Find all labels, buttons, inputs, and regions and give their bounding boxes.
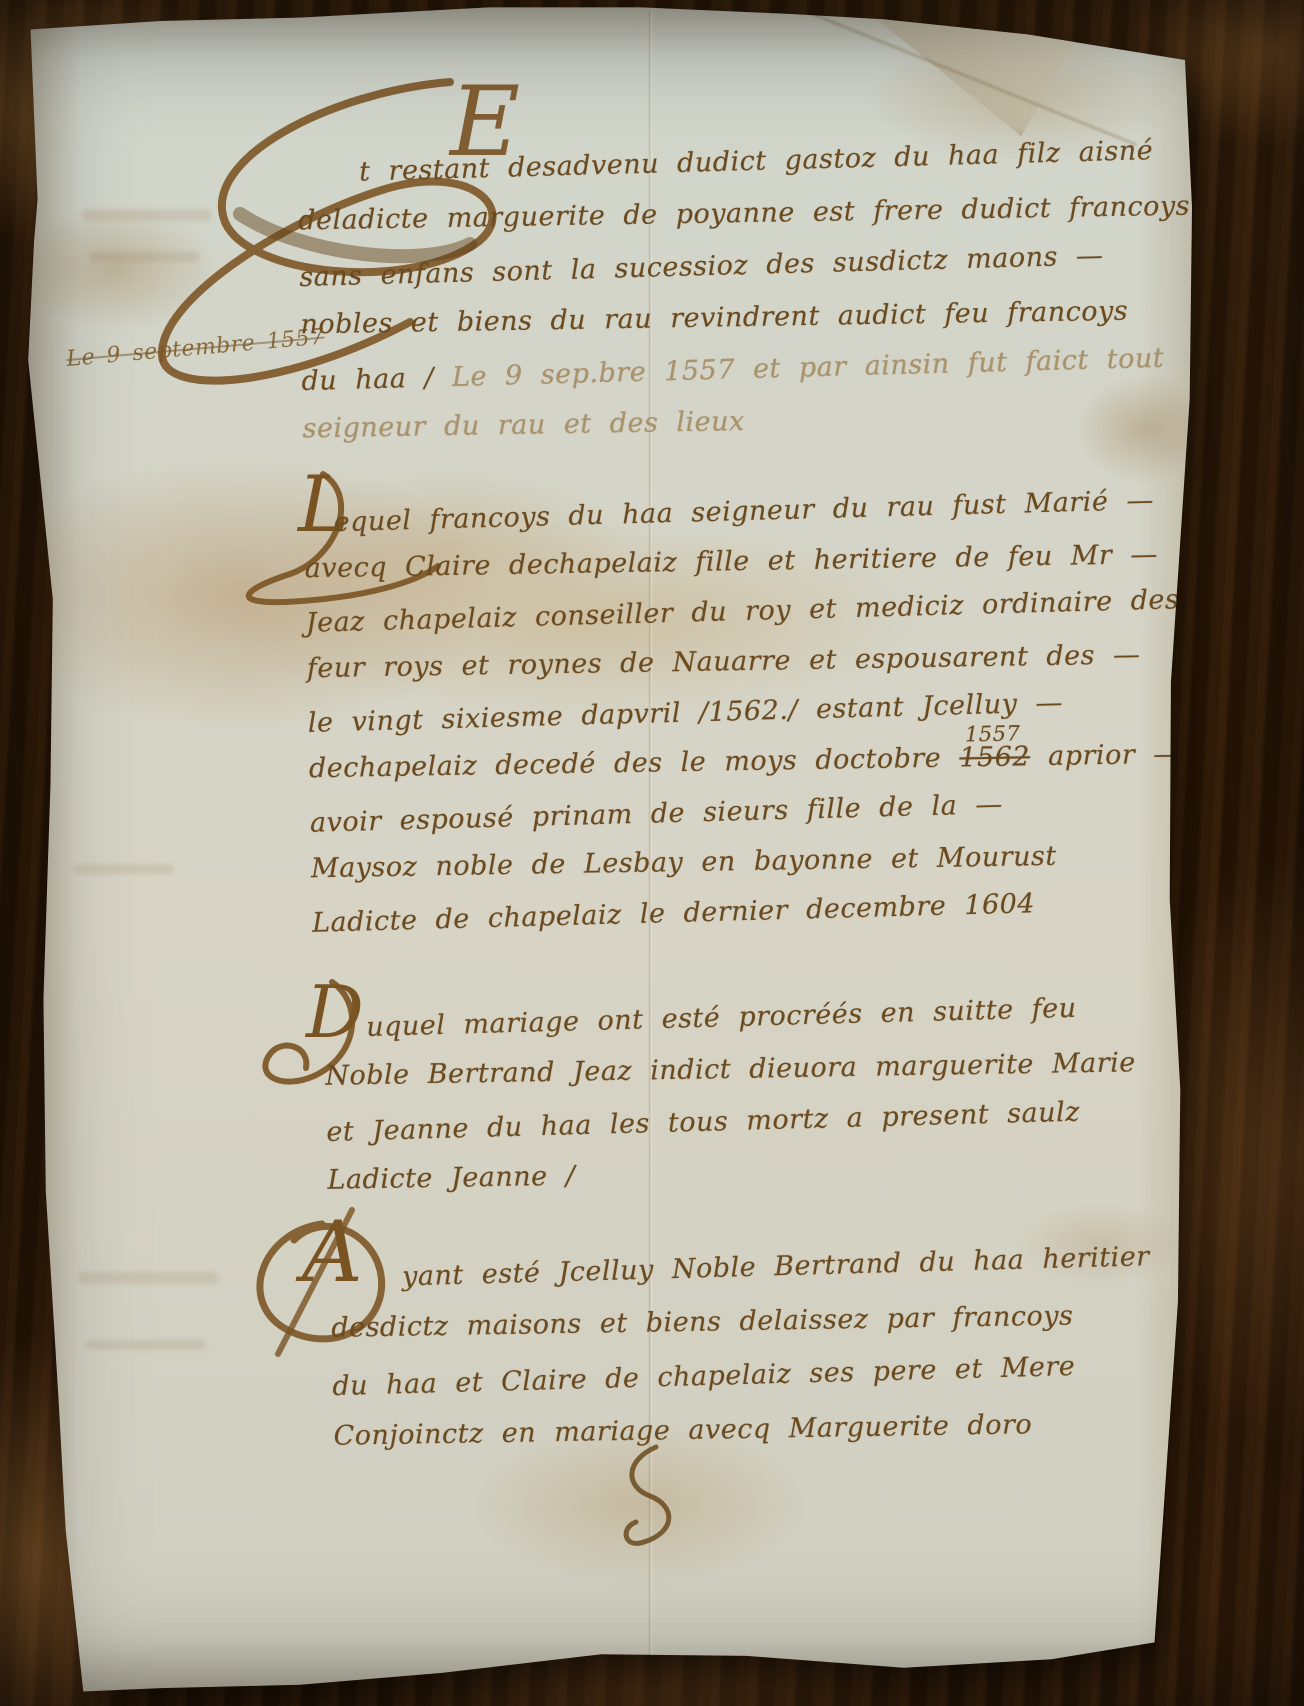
paragraph-3: uquel mariage ont esté procréés en suitt… — [324, 994, 1139, 1219]
diagonal-crease — [793, 5, 1137, 146]
aged-paper: Le 9 septembre 1557 E t restant desadven… — [20, 4, 1192, 1700]
bleedthrough-smudge — [82, 209, 212, 221]
paragraph-2: equel francoys du haa seigneur du rau fu… — [303, 487, 1186, 955]
paragraph-1: t restant desadvenu dudict gastoz du haa… — [297, 137, 1195, 468]
paraph-mark-icon — [618, 1442, 688, 1557]
bleedthrough-smudge — [86, 1340, 206, 1350]
manuscript-photo: Le 9 septembre 1557 E t restant desadven… — [0, 0, 1304, 1706]
bleedthrough-smudge — [90, 252, 200, 262]
folded-corner — [868, 8, 1100, 140]
paragraph-4: yant esté Jcelluy Noble Bertrand du haa … — [330, 1243, 1154, 1476]
bleedthrough-smudge — [78, 1272, 218, 1284]
bleedthrough-smudge — [74, 864, 174, 874]
paper-sheet: Le 9 septembre 1557 E t restant desadven… — [20, 4, 1192, 1700]
line-text: aprior — — [1030, 739, 1181, 772]
dark-ink-text: du haa / — [301, 362, 434, 397]
inserted-year: 1557 — [965, 721, 1021, 746]
